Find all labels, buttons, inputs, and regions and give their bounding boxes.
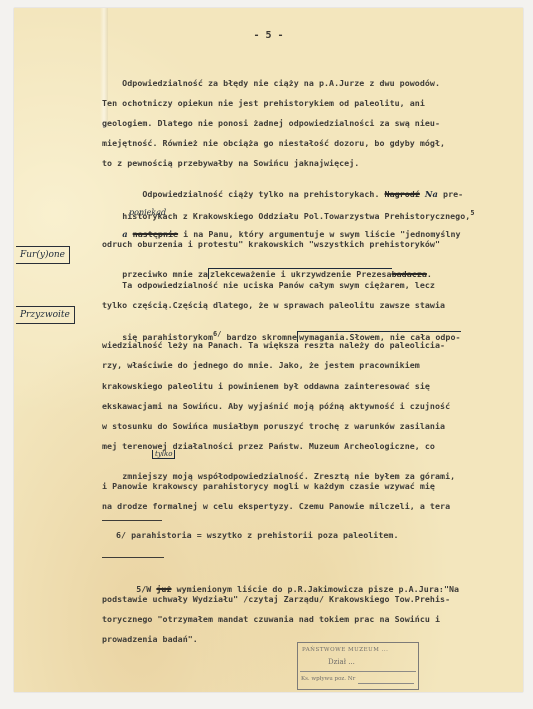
text-line: Odpowiedzialność za błędy nie ciąży na p… (102, 78, 440, 88)
text-line: tylko częścią.Częścią dlatego, że w spra… (102, 300, 445, 310)
text-line: Ta odpowiedzialność nie uciska Panów cał… (102, 280, 435, 290)
text-segment: pre- (438, 189, 463, 199)
document-page: - 5 - Odpowiedzialność za błędy nie ciąż… (14, 8, 523, 692)
text-segment: i na Panu, który argumentuje w swym liśc… (178, 229, 461, 239)
text-segment: moją współodpowiedzialność. Zresztą nie … (173, 471, 456, 481)
text-line: miejętność. Również nie obciąża go niest… (102, 138, 445, 148)
stamp-line: Dział ... (328, 658, 355, 666)
footnote-separator (102, 520, 162, 521)
archive-stamp: PAŃSTWOWE MUZEUM ... Dział ... Ks. wpływ… (297, 642, 419, 690)
text-line: wiedzialność leży na Panach. Ta większa … (102, 340, 445, 350)
text-segment: Odpowiedzialność ciąży tylko na prehisto… (122, 189, 379, 199)
struck-word: badacza (392, 269, 427, 279)
footnote-separator (102, 557, 164, 558)
text-segment: wymienionym liście do p.R.Jakimowicza pi… (177, 584, 460, 594)
text-segment: 5/W (136, 584, 151, 594)
handwritten-insert: tylko (152, 450, 175, 459)
text-line: geologiem. Dlatego nie ponosi żadnej odp… (102, 118, 440, 128)
stamp-blank (358, 683, 414, 684)
struck-word: Nagrodź (385, 189, 420, 199)
text-segment: zmniejszy (122, 471, 167, 481)
struck-word: następnie (133, 229, 178, 239)
handwritten-insert: a (122, 229, 127, 239)
text-line: w stosunku do Sowińca musiałbym poruszyć… (102, 421, 445, 431)
handwritten-insert: Na (425, 189, 438, 199)
text-segment: przeciwko mnie za (122, 269, 208, 279)
text-line: to z pewnością przebywałby na Sowińcu ja… (102, 158, 359, 168)
text-line: krakowskiego paleolitu i powinienem był … (102, 381, 430, 391)
text-line: rzy, właściwie do jednego do mnie. Jako,… (102, 360, 420, 370)
stamp-divider (300, 671, 416, 672)
footnote: 6/ parahistoria = wszytko z prehistorii … (116, 530, 399, 540)
margin-note: Fur(y)one (16, 246, 70, 264)
handwritten-insert: poniekąd (129, 208, 166, 217)
footnote: prowadzenia badań". (102, 634, 198, 644)
text-line: ekskawacjami na Sowińcu. Aby wyjaśnić mo… (102, 401, 450, 411)
struck-word: już (156, 584, 171, 594)
text-line: i Panowie krakowscy parahistorycy mogli … (102, 481, 435, 491)
margin-note: Przyzwoite (16, 306, 75, 324)
text-segment: zlekceważenie i ukrzywdzenie Prezesa (208, 268, 392, 279)
text-line: odruch oburzenia i protestu" krakowskich… (102, 239, 440, 249)
paper-fold (100, 8, 108, 128)
stamp-line: PAŃSTWOWE MUZEUM ... (302, 647, 388, 653)
page-number: - 5 - (14, 30, 523, 41)
text-segment: . (427, 269, 432, 279)
stamp-line: Ks. wpływu poz. Nr (301, 676, 355, 682)
footnote-ref: 5 (470, 209, 474, 217)
text-line: na drodze formalnej w celu ekspertyzy. C… (102, 501, 450, 511)
footnote: podstawie uchwały Wydziału" /czytaj Zarz… (102, 594, 450, 604)
text-line: Ten ochotniczy opiekun nie jest prehisto… (102, 98, 425, 108)
footnote: torycznego "otrzymałem mandat czuwania n… (102, 614, 440, 624)
